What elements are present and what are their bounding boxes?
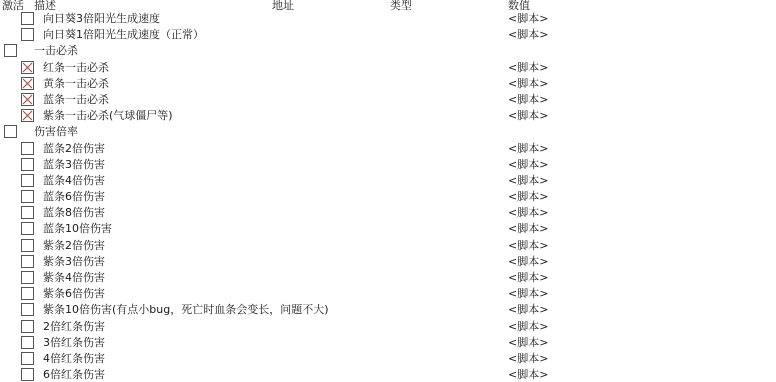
cheat-table-list: 向日葵3倍阳光生成速度<脚本>向日葵1倍阳光生成速度（正常）<脚本>一击必杀红条… (0, 11, 776, 382)
active-checkbox[interactable] (21, 352, 34, 365)
active-checkbox[interactable] (21, 12, 34, 25)
table-row[interactable]: 蓝条6倍伤害<脚本> (0, 189, 776, 205)
description-cell: 紫条3倍伤害 (43, 255, 105, 269)
table-row[interactable]: 蓝条10倍伤害<脚本> (0, 221, 776, 237)
x-mark-icon (22, 78, 33, 89)
table-row[interactable]: 紫条一击必杀(气球僵尸等)<脚本> (0, 108, 776, 124)
value-cell: <脚本> (508, 255, 548, 269)
description-cell: 4倍红条伤害 (43, 352, 105, 366)
value-cell: <脚本> (508, 352, 548, 366)
active-checkbox[interactable] (21, 190, 34, 203)
value-cell: <脚本> (508, 12, 548, 26)
value-cell: <脚本> (508, 142, 548, 156)
active-checkbox[interactable] (21, 303, 34, 316)
active-checkbox[interactable] (21, 287, 34, 300)
value-cell: <脚本> (508, 303, 548, 317)
active-checkbox[interactable] (4, 44, 17, 57)
value-cell: <脚本> (508, 190, 548, 204)
description-cell: 黄条一击必杀 (43, 77, 109, 91)
active-checkbox[interactable] (21, 336, 34, 349)
value-cell: <脚本> (508, 174, 548, 188)
table-row[interactable]: 紫条6倍伤害<脚本> (0, 286, 776, 302)
active-checkbox[interactable] (4, 125, 17, 138)
active-checkbox[interactable] (21, 368, 34, 381)
active-checkbox[interactable] (21, 158, 34, 171)
description-cell: 2倍红条伤害 (43, 320, 105, 334)
table-row[interactable]: 蓝条8倍伤害<脚本> (0, 205, 776, 221)
table-row[interactable]: 蓝条4倍伤害<脚本> (0, 173, 776, 189)
description-cell: 紫条6倍伤害 (43, 287, 105, 301)
description-cell: 3倍红条伤害 (43, 336, 105, 350)
description-cell: 6倍红条伤害 (43, 368, 105, 382)
active-checkbox[interactable] (21, 28, 34, 41)
description-cell: 一击必杀 (34, 44, 78, 58)
group-row[interactable]: 一击必杀 (0, 43, 776, 59)
active-checkbox[interactable] (21, 61, 34, 74)
table-row[interactable]: 2倍红条伤害<脚本> (0, 319, 776, 335)
description-cell: 紫条4倍伤害 (43, 271, 105, 285)
x-mark-icon (22, 110, 33, 121)
value-cell: <脚本> (508, 158, 548, 172)
active-checkbox[interactable] (21, 142, 34, 155)
description-cell: 蓝条3倍伤害 (43, 158, 105, 172)
active-checkbox[interactable] (21, 320, 34, 333)
description-cell: 蓝条2倍伤害 (43, 142, 105, 156)
table-row[interactable]: 红条一击必杀<脚本> (0, 60, 776, 76)
active-checkbox[interactable] (21, 271, 34, 284)
value-cell: <脚本> (508, 77, 548, 91)
value-cell: <脚本> (508, 287, 548, 301)
active-checkbox[interactable] (21, 109, 34, 122)
table-row[interactable]: 蓝条一击必杀<脚本> (0, 92, 776, 108)
active-checkbox[interactable] (21, 239, 34, 252)
description-cell: 蓝条10倍伤害 (43, 222, 112, 236)
description-cell: 紫条10倍伤害(有点小bug，死亡时血条会变长，问题不大) (43, 303, 329, 317)
value-cell: <脚本> (508, 28, 548, 42)
table-row[interactable]: 向日葵3倍阳光生成速度<脚本> (0, 11, 776, 27)
description-cell: 红条一击必杀 (43, 61, 109, 75)
table-row[interactable]: 3倍红条伤害<脚本> (0, 335, 776, 351)
table-row[interactable]: 紫条10倍伤害(有点小bug，死亡时血条会变长，问题不大)<脚本> (0, 302, 776, 318)
table-row[interactable]: 6倍红条伤害<脚本> (0, 367, 776, 382)
value-cell: <脚本> (508, 271, 548, 285)
description-cell: 向日葵1倍阳光生成速度（正常） (43, 28, 204, 42)
description-cell: 蓝条一击必杀 (43, 93, 109, 107)
active-checkbox[interactable] (21, 77, 34, 90)
value-cell: <脚本> (508, 61, 548, 75)
active-checkbox[interactable] (21, 206, 34, 219)
description-cell: 向日葵3倍阳光生成速度 (43, 12, 160, 26)
description-cell: 紫条一击必杀(气球僵尸等) (43, 109, 173, 123)
description-cell: 蓝条8倍伤害 (43, 206, 105, 220)
table-row[interactable]: 蓝条2倍伤害<脚本> (0, 141, 776, 157)
active-checkbox[interactable] (21, 174, 34, 187)
x-mark-icon (22, 62, 33, 73)
active-checkbox[interactable] (21, 255, 34, 268)
table-row[interactable]: 4倍红条伤害<脚本> (0, 351, 776, 367)
value-cell: <脚本> (508, 206, 548, 220)
description-cell: 伤害倍率 (34, 125, 78, 139)
value-cell: <脚本> (508, 109, 548, 123)
group-row[interactable]: 伤害倍率 (0, 124, 776, 140)
value-cell: <脚本> (508, 93, 548, 107)
table-row[interactable]: 紫条4倍伤害<脚本> (0, 270, 776, 286)
value-cell: <脚本> (508, 320, 548, 334)
value-cell: <脚本> (508, 222, 548, 236)
description-cell: 紫条2倍伤害 (43, 239, 105, 253)
active-checkbox[interactable] (21, 222, 34, 235)
table-row[interactable]: 紫条2倍伤害<脚本> (0, 238, 776, 254)
description-cell: 蓝条6倍伤害 (43, 190, 105, 204)
value-cell: <脚本> (508, 239, 548, 253)
active-checkbox[interactable] (21, 93, 34, 106)
value-cell: <脚本> (508, 336, 548, 350)
table-row[interactable]: 紫条3倍伤害<脚本> (0, 254, 776, 270)
table-row[interactable]: 向日葵1倍阳光生成速度（正常）<脚本> (0, 27, 776, 43)
description-cell: 蓝条4倍伤害 (43, 174, 105, 188)
table-row[interactable]: 黄条一击必杀<脚本> (0, 76, 776, 92)
x-mark-icon (22, 94, 33, 105)
table-row[interactable]: 蓝条3倍伤害<脚本> (0, 157, 776, 173)
value-cell: <脚本> (508, 368, 548, 382)
